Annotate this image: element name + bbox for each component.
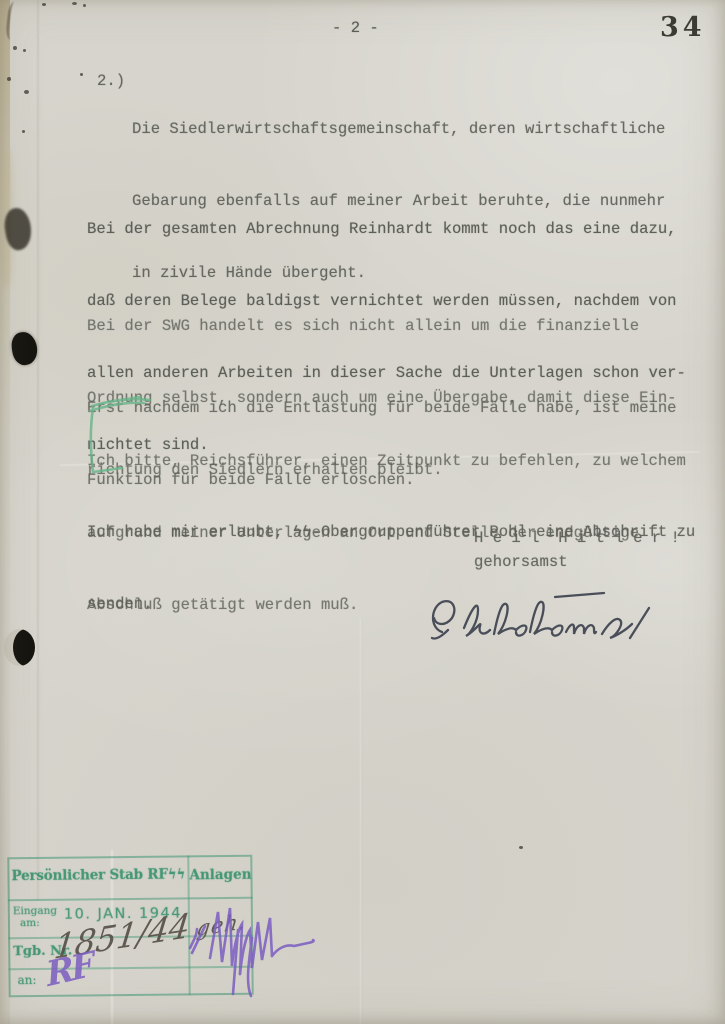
stamp-anlagen: Anlagen bbox=[189, 867, 251, 884]
page-number: - 2 - bbox=[332, 16, 379, 40]
typed-line: Bei der SWG handelt es sich nicht allein… bbox=[87, 314, 677, 338]
paper-speck bbox=[72, 2, 77, 5]
paper-speck bbox=[7, 77, 11, 81]
folio-number: 34 bbox=[660, 12, 706, 43]
paper-speck bbox=[22, 130, 25, 133]
typed-line: Bei der gesamten Abrechnung Reinhardt ko… bbox=[87, 217, 686, 241]
paper-speck bbox=[42, 3, 46, 6]
paper-speck bbox=[23, 49, 26, 52]
scanned-letter-page: { "page": { "header": { "page_number": "… bbox=[0, 0, 725, 1024]
item-marker: 2.) bbox=[97, 69, 125, 93]
paraph-scrawl bbox=[182, 896, 327, 1001]
margin-bracket-green bbox=[78, 390, 178, 482]
closing-subscription: gehorsamst bbox=[474, 550, 568, 574]
paper-speck bbox=[24, 90, 29, 94]
stamp-office: Persönlicher Stab RFϟϟ bbox=[11, 866, 185, 884]
paper-speck bbox=[519, 846, 523, 849]
closing-salute: H e i l H i t l e r ! bbox=[474, 526, 680, 550]
paper-speck bbox=[13, 46, 17, 50]
hole-punch bbox=[4, 629, 35, 666]
typed-line: Die Siedlerwirtschaftsgemeinschaft, dere… bbox=[132, 117, 665, 141]
stamp-an-label: an: bbox=[17, 973, 36, 987]
paper-speck bbox=[83, 4, 86, 7]
paper-speck bbox=[80, 73, 83, 76]
stamp-eingang-label: Eingang bbox=[13, 905, 57, 917]
stamp-eingang-label2: am: bbox=[20, 917, 40, 929]
signature-handwritten bbox=[418, 580, 678, 665]
